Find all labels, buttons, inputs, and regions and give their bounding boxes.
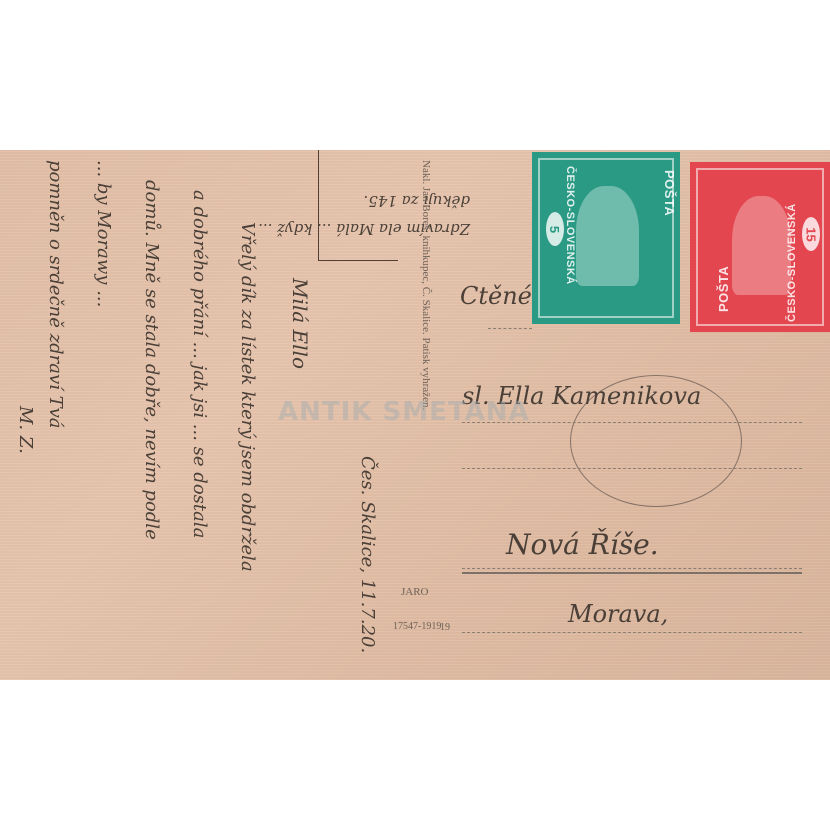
catalog-number: 17547-1919 xyxy=(393,621,441,632)
message-line-4: ... by Morawy ... xyxy=(93,160,114,307)
address-salutation: Ctěné xyxy=(460,282,532,310)
year-prefix: 19 xyxy=(440,622,450,633)
note-box-border xyxy=(318,150,319,260)
address-region: Morava, xyxy=(568,600,668,628)
watermark: ANTIK SMETANA xyxy=(278,397,530,427)
stamp-value: 15 xyxy=(804,227,819,241)
stamp-country: ČESKO-SLOVENSKÁ xyxy=(564,166,576,285)
address-line-4 xyxy=(462,568,802,570)
message-line-5: pomněn o srdečně zdraví Tvá xyxy=(45,160,66,429)
stamp-5-green: 5 ČESKO-SLOVENSKÁ POŠTA xyxy=(532,152,680,324)
address-line-5 xyxy=(462,632,802,634)
address-town: Nová Říše. xyxy=(506,528,659,561)
publisher-line: Nakl. Jan Boreš, knihkupec, Č. Skalice. … xyxy=(420,160,432,410)
stamp-value: 5 xyxy=(547,225,562,232)
message-line-2: a dobrého přání ... jak jsi ... se dosta… xyxy=(189,190,210,538)
note-box-bottom xyxy=(318,260,398,261)
stamp-country: ČESKO-SLOVENSKÁ xyxy=(786,203,798,322)
greeting: Milá Ello xyxy=(288,278,312,369)
upside-down-note: Zdravím ela Malá ... když ... xyxy=(258,220,470,238)
stamp-word: POŠTA xyxy=(716,266,731,312)
stamp-word: POŠTA xyxy=(662,170,677,216)
signature: M. Z. xyxy=(15,406,36,454)
address-line-1 xyxy=(488,328,532,330)
place-date: Čes. Skalice, 11.7.20. xyxy=(357,456,378,653)
address-line-3 xyxy=(462,468,802,470)
stamp-15-red: 15 ČESKO-SLOVENSKÁ POŠTA xyxy=(690,162,830,332)
upside-down-note-line2: děkuji za 145. xyxy=(364,192,470,210)
postcard: Zdravím ela Malá ... když ... děkuji za … xyxy=(0,150,830,680)
series-label: JARO xyxy=(401,586,429,598)
address-line-4-solid xyxy=(462,572,802,575)
message-line-3: domů. Mně se stala dobře, nevím podle xyxy=(141,180,162,540)
message-line-1: Vřelý dík za lístek který jsem obdržela xyxy=(237,222,258,572)
